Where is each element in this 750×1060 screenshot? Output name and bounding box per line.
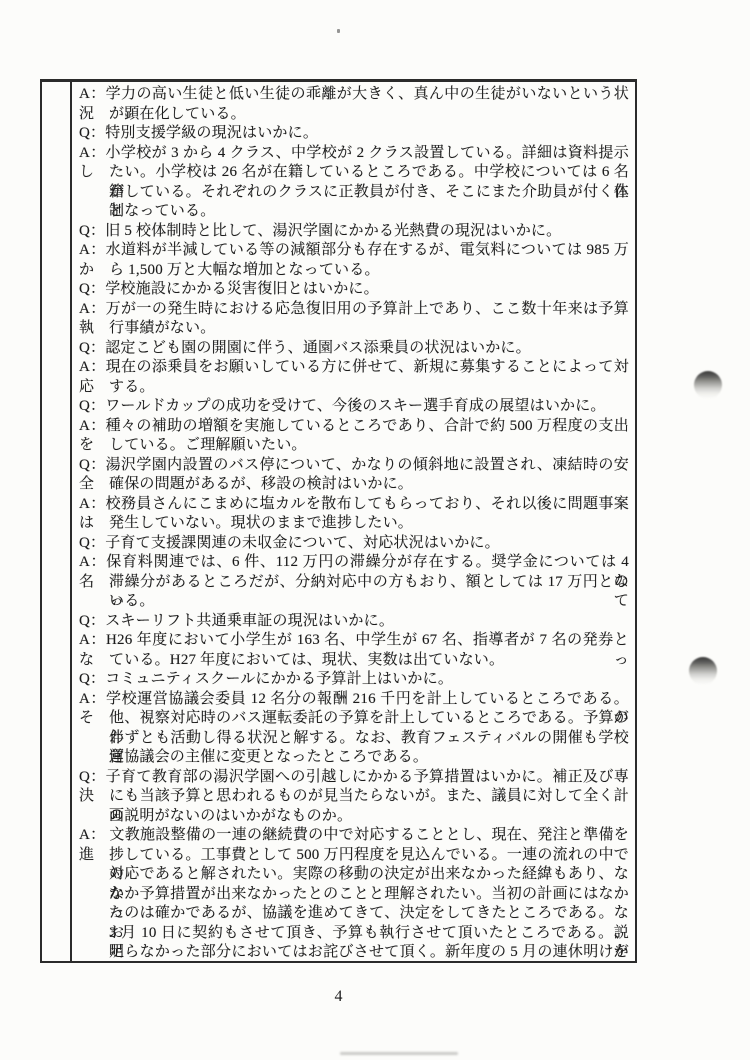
text-line: 営協議会の主催に変更となったところである。: [79, 748, 629, 768]
hole-punch-shadow: [689, 657, 717, 685]
text-line: たい。小学校は 26 名が在籍しているところである。中学校については 6 名が在: [79, 163, 629, 183]
text-line: A：現在の添乗員をお願いしている方に併せて、新規に募集することによって対応: [79, 358, 629, 378]
text-line: A：H26 年度において小学生が 163 名、中学生が 67 名、指導者が 7 …: [79, 631, 629, 651]
text-line: A： 文教施設整備の一連の継続費の中で対応することとし、現在、発注と準備を進: [79, 826, 629, 846]
text-line: Q：旧 5 校体制時と比して、湯沢学園にかかる光熱費の現況はいかに。: [79, 222, 629, 242]
scan-speck: [337, 29, 340, 33]
text-line: わずとも活動し得る状況と解する。なお、教育フェスティバルの開催も学校運: [79, 729, 629, 749]
text-line: A：学校運営協議会委員 12 名分の報酬 216 千円を計上しているところである…: [79, 690, 629, 710]
text-line: Q：湯沢学園内設置のバス停について、かなりの傾斜地に設置され、凍結時の安全: [79, 456, 629, 476]
text-line: 対応であると解されたい。実際の移動の決定が出来なかった経緯もあり、なか: [79, 865, 629, 885]
text-line: Q：コミュニティスクールにかかる予算計上はいかに。: [79, 670, 629, 690]
page-number: 4: [40, 988, 637, 1006]
text-line: A：学力の高い生徒と低い生徒の乖離が大きく、真ん中の生徒がいないという状況: [79, 85, 629, 105]
text-line: 足らなかった部分においてはお詫びさせて頂く。新年度の 5 月の連休明けを目: [79, 943, 629, 961]
text-line: A：校務員さんにこまめに塩カルを散布してもらっており、それ以後に問題事案は: [79, 495, 629, 515]
text-line: A：保育料関連では、6 件、112 万円の滞繰分が存在する。奨学金については 4…: [79, 553, 629, 573]
text-line: 発生していない。現状のままで進捗したい。: [79, 514, 629, 534]
text-line: にも当該予算と思われるものが見当たらないが。また、議員に対して全く計画: [79, 787, 629, 807]
text-line: 他、視察対応時のバス運転委託の予算を計上しているところである。予算が伴: [79, 709, 629, 729]
text-line: なか予算措置が出来なかったとのことと理解されたい。当初の計画にはなかっ: [79, 885, 629, 905]
text-line: の説明がないのはいかがなものか。: [79, 807, 629, 827]
text-line: 行事績がない。: [79, 319, 629, 339]
text-line: Q：学校施設にかかる災害復旧とはいかに。: [79, 280, 629, 300]
qa-table: A：学力の高い生徒と低い生徒の乖離が大きく、真ん中の生徒がいないという状況が顕在…: [40, 79, 637, 963]
text-line: Q：ワールドカップの成功を受けて、今後のスキー選手育成の展望はいかに。: [79, 397, 629, 417]
text-line: となっている。: [79, 202, 629, 222]
text-line: Q：認定こども園の開園に伴う、通園バス添乗員の状況はいかに。: [79, 339, 629, 359]
text-line: Q：スキーリフト共通乗車証の現況はいかに。: [79, 612, 629, 632]
text-line: たのは確かであるが、協議を進めてきて、決定をしてきたところである。なお、: [79, 904, 629, 924]
text-line: A：万が一の発生時における応急復旧用の予算計上であり、ここ数十年来は予算執: [79, 300, 629, 320]
qa-text-column: A：学力の高い生徒と低い生徒の乖離が大きく、真ん中の生徒がいないという状況が顕在…: [72, 82, 635, 961]
text-line: 確保の問題があるが、移設の検討はいかに。: [79, 475, 629, 495]
text-line: Q：特別支援学級の現況はいかに。: [79, 124, 629, 144]
text-line: する。: [79, 378, 629, 398]
table-margin-column: [42, 82, 72, 961]
text-line: Q：子育て支援課関連の未収金について、対応状況はいかに。: [79, 534, 629, 554]
text-line: 籍している。それぞれのクラスに正教員が付き、そこにまた介助員が付く体制: [79, 183, 629, 203]
document-page: A：学力の高い生徒と低い生徒の乖離が大きく、真ん中の生徒がいないという状況が顕在…: [0, 0, 750, 1060]
text-line: 3 月 10 日に契約もさせて頂き、予算も執行させて頂いたところである。説明が: [79, 924, 629, 944]
text-line: Q：子育て教育部の湯沢学園への引越しにかかる予算措置はいかに。補正及び専決: [79, 768, 629, 788]
text-line: 滞繰分があるところだが、分納対応中の方もおり、額としては 17 万円となって: [79, 573, 629, 593]
hole-punch-shadow: [694, 371, 722, 399]
scan-smudge: [340, 1052, 458, 1055]
text-line: が顕在化している。: [79, 105, 629, 125]
text-line: 捗している。工事費として 500 万円程度を見込んでいる。一連の流れの中での: [79, 846, 629, 866]
text-line: A：種々の補助の増額を実施しているところであり、合計で約 500 万程度の支出を: [79, 417, 629, 437]
text-line: している。ご理解願いたい。: [79, 436, 629, 456]
text-line: A：小学校が 3 から 4 クラス、中学校が 2 クラス設置している。詳細は資料…: [79, 144, 629, 164]
text-line: A：水道料が半減している等の減額部分も存在するが、電気料については 985 万か: [79, 241, 629, 261]
text-line: ら 1,500 万と大幅な増加となっている。: [79, 261, 629, 281]
